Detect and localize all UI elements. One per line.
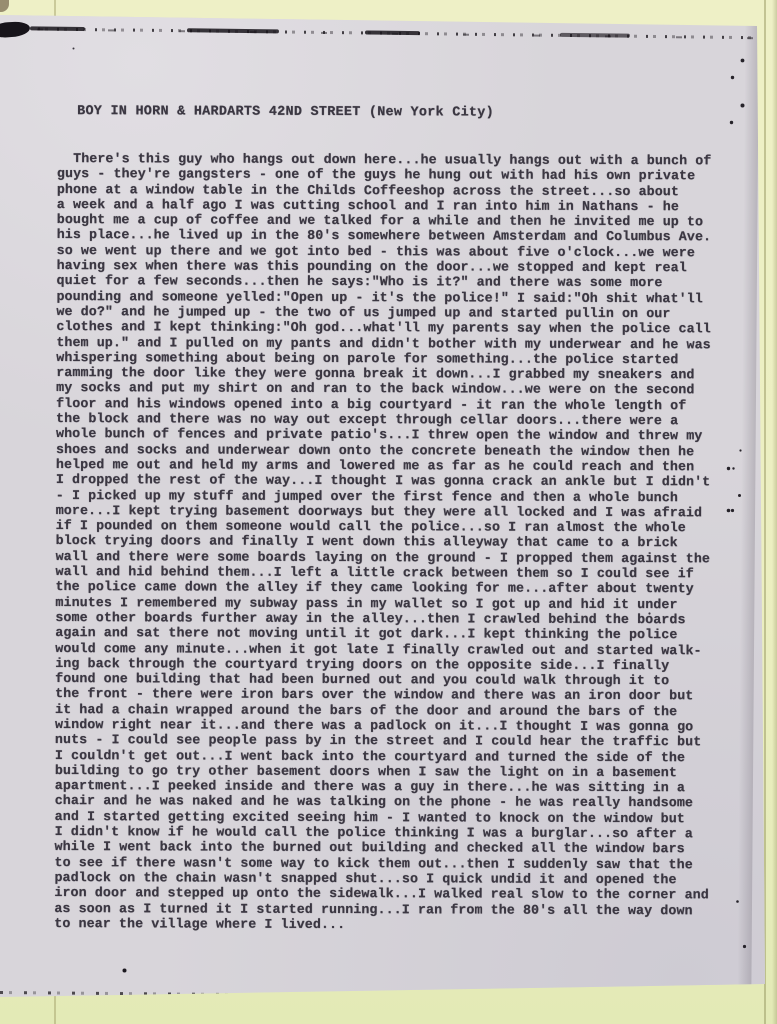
ink-blob-top-left <box>0 21 30 38</box>
photo-right-edge-shade <box>772 0 777 1024</box>
speckle-segment <box>30 26 85 31</box>
document-body-text: There's this guy who hangs out down here… <box>54 151 711 933</box>
document-title: BOY IN HORN & HARDARTS 42ND STREET (New … <box>77 104 494 120</box>
document-page: BOY IN HORN & HARDARTS 42ND STREET (New … <box>0 0 777 1024</box>
speckle-segment <box>560 33 630 38</box>
photocopy-speckle-bottom-edge <box>0 991 228 996</box>
backdrop-crease-right <box>764 0 766 1024</box>
typewritten-content: BOY IN HORN & HARDARTS 42ND STREET (New … <box>1 0 777 3</box>
page-right-edge-shadow <box>737 14 759 989</box>
speckle-segment <box>187 28 279 33</box>
photocopy-speckle-top-edge <box>0 26 758 40</box>
speckle-segment <box>365 30 420 35</box>
top-left-corner-mark <box>0 0 9 12</box>
photo-backdrop: BOY IN HORN & HARDARTS 42ND STREET (New … <box>0 0 777 1024</box>
